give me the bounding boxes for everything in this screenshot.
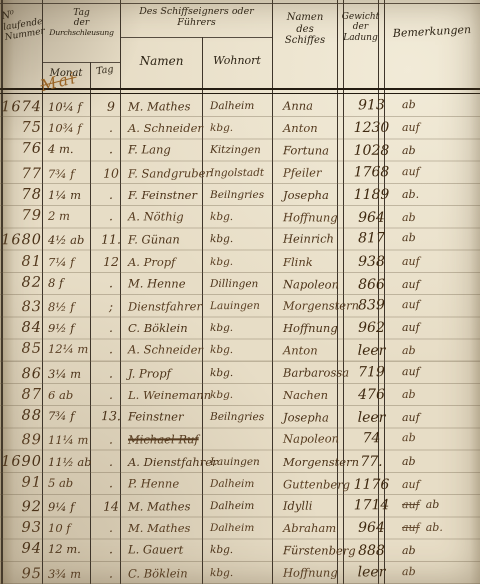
ledger-row: 85 12¼ m . A. Schneider kbg. Anton leer …: [0, 338, 480, 363]
ledger-row: 1680 4½ ab 11. F. Günan kbg. Heinrich 81…: [0, 227, 480, 252]
ship-name: Josepha: [280, 406, 348, 429]
cargo-weight: 1230: [348, 117, 395, 139]
owner-residence: kbg.: [210, 317, 280, 339]
running-number: 83: [0, 296, 44, 318]
remark-cell: auf: [395, 360, 480, 383]
header-day-column: Tag der Durchschleusung: [42, 8, 121, 38]
running-number: 89: [0, 429, 44, 451]
cargo-weight: 913: [348, 95, 395, 117]
cargo-weight: 1714: [348, 494, 395, 516]
ledger-row: 79 2 m . A. Nöthig kbg. Hoffnung 964 ab: [0, 205, 480, 230]
lock-day: .: [96, 538, 126, 560]
ledger-row: 89 11¼ m . Michael Ruf Napoleon 74 ab: [0, 427, 480, 452]
lock-time: 2 m: [44, 205, 96, 228]
running-number: 91: [0, 471, 44, 493]
remark-cell: auf: [395, 251, 480, 273]
ledger-row: 82 8 f . M. Henne Dillingen Napoleon 866…: [0, 271, 480, 296]
header-owner-residence-label: Wohnort: [202, 55, 272, 68]
header-owner-residence-sub: Wohnort: [202, 55, 272, 68]
ship-name: Flink: [280, 251, 348, 273]
owner-name: A. Schneider: [126, 339, 210, 362]
lock-day: .: [96, 339, 126, 361]
remark-direction: ab: [402, 431, 416, 444]
cargo-weight: leer: [348, 407, 395, 430]
owner-residence: Kitzingen: [210, 139, 280, 162]
grid-hline-top: [0, 3, 480, 4]
month-annotation: Mai: [38, 68, 79, 95]
owner-name: M. Henne: [126, 272, 210, 295]
ship-name: Josepha: [280, 184, 348, 206]
lock-day: .: [96, 472, 126, 494]
remark-direction: ab: [402, 388, 416, 401]
header-remarks-column: Bemerkungen: [386, 24, 479, 41]
owner-name: L. Gauert: [126, 539, 210, 562]
grid-hline-monthday-top: [42, 62, 121, 63]
owner-name: F. Günan: [126, 228, 210, 251]
header-ship-line2: des: [273, 24, 337, 36]
header-cargo-column: Gewicht der Ladung: [337, 12, 384, 43]
lock-day: .: [96, 139, 126, 161]
lock-time: 9¼ f: [44, 496, 96, 518]
header-cargo-line3: Ladung: [337, 33, 384, 43]
remark-direction: ab: [402, 565, 416, 578]
lock-day: 9: [96, 96, 126, 118]
running-number: 1674: [0, 96, 44, 118]
ledger-row: 95 3¾ m . C. Böklein kbg. Hoffnung leer …: [0, 560, 480, 584]
owner-name: F. Feinstner: [126, 184, 210, 206]
ship-name: Hoffnung: [280, 206, 348, 229]
ship-name: Morgenstern: [280, 451, 348, 473]
owner-name: J. Propf: [126, 362, 210, 385]
owner-residence: Beilngries: [210, 406, 280, 429]
remark-cell: ab: [395, 427, 480, 450]
lock-day: ;: [96, 296, 126, 318]
owner-name: Feinstner: [126, 405, 210, 428]
header-cargo-line2: der: [337, 22, 384, 32]
header-owner-column: Des Schiffseigners oder Führers: [121, 7, 272, 29]
lock-day: .: [96, 562, 126, 584]
ledger-row: 94 12 m. . L. Gauert kbg. Fürstenberg 88…: [0, 538, 480, 563]
lock-day: .: [96, 272, 126, 294]
cargo-weight: 888: [348, 540, 395, 563]
remark-direction: ab: [402, 344, 416, 357]
remark-direction: auf: [402, 121, 420, 134]
running-number: 87: [0, 384, 44, 406]
lock-day: 13.: [96, 405, 126, 427]
cargo-weight: 962: [348, 317, 395, 339]
ship-name: Anton: [280, 340, 348, 363]
owner-residence: kbg.: [210, 561, 280, 584]
header-day-line1: Tag: [42, 8, 121, 18]
lock-time: 7¾ f: [44, 162, 96, 184]
ledger-row: 84 9½ f . C. Böklein kbg. Hoffnung 962 a…: [0, 317, 480, 339]
grid-hline-owner-sub: [120, 37, 273, 38]
cargo-weight: 1768: [348, 161, 395, 183]
owner-name: L. Weinemann: [126, 384, 210, 406]
remark-cell: ab.: [395, 184, 480, 206]
ship-name: Fürstenberg: [280, 540, 348, 563]
header-number-column: N⁰ laufende Nummer: [1, 5, 44, 43]
header-number-line3: Nummer: [4, 27, 43, 43]
lock-time: 1¼ m: [44, 184, 96, 206]
running-number: 1690: [0, 451, 44, 473]
ledger-page: N⁰ laufende Nummer Tag der Durchschleusu…: [0, 0, 480, 584]
header-number-line1: N⁰: [1, 5, 40, 22]
ledger-row: 93 10 f . M. Mathes Dalheim Abraham 964 …: [0, 517, 480, 539]
owner-name: Michael Ruf: [126, 428, 210, 451]
lock-time: 4 m.: [44, 138, 96, 161]
header-remarks-label: Bemerkungen: [386, 24, 479, 41]
cargo-weight: 74: [348, 427, 395, 449]
owner-residence: kbg.: [210, 361, 280, 384]
running-number: 77: [0, 163, 44, 185]
cargo-weight: 719: [348, 361, 395, 383]
owner-residence: Dalheim: [210, 95, 280, 117]
cargo-weight: 1028: [348, 140, 395, 163]
ledger-row: 92 9¼ f 14 M. Mathes Dalheim Idylli 1714…: [0, 494, 480, 519]
owner-name: Dienstfahrer: [126, 295, 210, 318]
owner-residence: kbg.: [210, 206, 280, 229]
ship-name: Heinrich: [280, 228, 348, 251]
lock-day: .: [96, 317, 126, 339]
remark-direction: auf: [402, 278, 420, 291]
ledger-row: 75 10¾ f . A. Schneider kbg. Anton 1230 …: [0, 117, 480, 139]
owner-residence: kbg.: [210, 117, 280, 139]
remark-direction: auf: [402, 321, 420, 334]
remark-cell: aufab: [395, 494, 480, 517]
remark-cell: ab: [395, 451, 480, 473]
remark-direction: auf: [402, 298, 420, 311]
owner-name: A. Propf: [126, 251, 210, 273]
running-number: 1680: [0, 229, 44, 251]
cargo-weight: 77.: [348, 451, 395, 473]
grid-hline-header-heavy: [0, 88, 480, 90]
remark-cell: ab: [395, 340, 480, 363]
running-number: 79: [0, 205, 44, 227]
running-number: 88: [0, 405, 44, 427]
cargo-weight: 476: [348, 384, 395, 406]
remark-cell: auf: [395, 117, 480, 139]
lock-time: 9½ f: [44, 317, 96, 339]
owner-residence: Dalheim: [210, 495, 280, 518]
remark-cell: ab: [395, 95, 480, 116]
remark-cell: ab: [395, 227, 480, 250]
ledger-row: 86 3¼ m . J. Propf kbg. Barbarossa 719 a…: [0, 360, 480, 385]
ledger-row: 1690 11½ ab . A. Dienstfahrer Lauingen M…: [0, 451, 480, 473]
running-number: 82: [0, 271, 44, 293]
header-daysub-label: Tag: [89, 64, 120, 79]
ship-name: Napoleon: [280, 428, 348, 451]
owner-name: M. Mathes: [126, 517, 210, 539]
header-cargo-line1: Gewicht: [337, 12, 384, 22]
lock-day: 14: [96, 496, 126, 518]
owner-name: M. Mathes: [126, 495, 210, 518]
owner-residence: Dalheim: [210, 473, 280, 496]
ledger-row: 1674 10¼ f 9 M. Mathes Dalheim Anna 913 …: [0, 95, 480, 118]
header-month-label: Monat: [42, 68, 90, 80]
ledger-row: 76 4 m. . F. Lang Kitzingen Fortuna 1028…: [0, 138, 480, 163]
lock-day: .: [96, 429, 126, 451]
owner-residence: kbg.: [210, 339, 280, 362]
running-number: 94: [0, 538, 44, 560]
remark-direction: ab: [402, 231, 416, 244]
owner-name: A. Dienstfahrer: [126, 451, 210, 473]
ledger-row: 87 6 ab . L. Weinemann kbg. Nachen 476 a…: [0, 384, 480, 406]
owner-residence: Dalheim: [210, 517, 280, 539]
cargo-weight: 866: [348, 273, 395, 296]
ship-name: Fortuna: [280, 140, 348, 163]
header-day-line3: Durchschleusung: [42, 29, 121, 38]
owner-residence: kbg.: [210, 384, 280, 406]
lock-day: .: [96, 517, 126, 539]
cargo-weight: 964: [348, 207, 395, 230]
owner-name: M. Mathes: [126, 95, 210, 118]
owner-residence: kbg.: [210, 539, 280, 562]
remark-direction: auf: [402, 165, 420, 178]
ship-name: Idylli: [280, 494, 348, 517]
remark-direction: ab: [402, 455, 416, 468]
cargo-weight: 1189: [348, 184, 395, 206]
lock-time: 12 m.: [44, 538, 96, 561]
lock-day: .: [96, 451, 126, 473]
lock-day: 12: [96, 251, 126, 273]
owner-residence: [210, 428, 280, 451]
header-owner-name-label: Namen: [121, 55, 202, 69]
running-number: 95: [0, 563, 44, 584]
remark-direction: ab: [402, 544, 416, 557]
ship-name: Hoffnung: [280, 561, 348, 584]
remark-direction: ab.: [402, 188, 419, 201]
remark-direction: auf: [402, 478, 420, 491]
lock-time: 6 ab: [44, 384, 96, 406]
header-daysub: Tag: [89, 64, 120, 79]
owner-residence: Dillingen: [210, 273, 280, 296]
ship-name: Anton: [280, 117, 348, 139]
ship-name: Anna: [280, 95, 348, 117]
owner-residence: Lauingen: [210, 295, 280, 318]
running-number: 85: [0, 338, 44, 360]
running-number: 81: [0, 251, 44, 273]
header-owner-line1: Des Schiffseigners oder: [121, 7, 272, 18]
header-day-line2: der: [42, 18, 121, 28]
lock-time: 5 ab: [44, 472, 96, 495]
ship-name: Nachen: [280, 384, 348, 406]
lock-time: 8½ f: [44, 296, 96, 318]
lock-time: 10 f: [44, 517, 96, 539]
remark-direction: auf: [402, 255, 420, 268]
remark-direction: ab: [402, 98, 416, 111]
remark-direction: ab: [402, 211, 416, 224]
lock-time: 8 f: [44, 272, 96, 295]
ledger-row: 81 7¼ f 12 A. Propf kbg. Flink 938 auf: [0, 251, 480, 273]
owner-residence: kbg.: [210, 251, 280, 273]
lock-time: 3¾ m: [44, 562, 96, 584]
lock-time: 7¼ f: [44, 251, 96, 273]
header-ship-column: Namen des Schiffes: [273, 12, 337, 47]
ledger-rows: 1674 10¼ f 9 M. Mathes Dalheim Anna 913 …: [0, 95, 480, 584]
header-owner-line2: Führers: [121, 18, 272, 29]
cargo-weight: 964: [348, 517, 395, 539]
running-number: 86: [0, 363, 44, 385]
lock-time: 4½ ab: [44, 229, 96, 251]
ship-name: Guttenberg: [280, 473, 348, 496]
lock-time: 3¼ m: [44, 362, 96, 384]
remark-cell: ab: [395, 140, 480, 163]
header-ship-line3: Schiffes: [273, 35, 337, 47]
header-owner-name-sub: Namen: [121, 55, 202, 69]
remark-cell: auf: [395, 317, 480, 339]
ledger-row: 78 1¼ m . F. Feinstner Beilngries Joseph…: [0, 184, 480, 206]
lock-time: 11¼ m: [44, 429, 96, 451]
lock-day: .: [96, 362, 126, 384]
remark-cell: aufab.: [395, 517, 480, 539]
owner-name: C. Böklein: [126, 562, 210, 584]
remark-direction: auf: [402, 411, 420, 424]
ledger-row: 83 8½ f ; Dienstfahrer Lauingen Morgenst…: [0, 294, 480, 319]
running-number: 78: [0, 184, 44, 206]
ship-name: Hoffnung: [280, 317, 348, 339]
lock-time: 10¾ f: [44, 117, 96, 139]
cargo-weight: leer: [348, 561, 395, 583]
ship-name: Napoleon: [280, 273, 348, 296]
lock-day: .: [96, 384, 126, 406]
lock-time: 7¾ f: [44, 405, 96, 428]
owner-name: F. Lang: [126, 139, 210, 162]
ledger-row: 91 5 ab . P. Henne Dalheim Guttenberg 11…: [0, 471, 480, 496]
remark-cell: ab: [395, 540, 480, 563]
remark-cell: auf: [395, 294, 480, 317]
cargo-weight: 839: [348, 294, 395, 316]
running-number: 84: [0, 317, 44, 339]
remark-direction: ab: [426, 498, 440, 511]
remark-direction: ab.: [426, 521, 443, 534]
owner-residence: kbg.: [210, 228, 280, 251]
lock-time: 12¼ m: [44, 338, 96, 361]
owner-residence: Ingolstadt: [210, 161, 280, 184]
lock-day: 11.: [96, 229, 126, 251]
running-number: 93: [0, 517, 44, 539]
remark-cell: ab: [395, 560, 480, 583]
header-ship-line1: Namen: [273, 12, 337, 24]
cargo-weight: 817: [348, 228, 395, 250]
ledger-row: 77 7¾ f 10 F. Sandgruber Ingolstadt Pfei…: [0, 160, 480, 185]
lock-day: 10: [96, 162, 126, 184]
owner-name: P. Henne: [126, 472, 210, 495]
owner-residence: Beilngries: [210, 184, 280, 206]
cargo-weight: 1176: [348, 473, 395, 496]
header-number-line2: laufende: [3, 17, 42, 33]
ship-name: Abraham: [280, 517, 348, 539]
lock-day: .: [96, 184, 126, 206]
lock-time: 11½ ab: [44, 451, 96, 473]
owner-name: A. Schneider: [126, 117, 210, 139]
lock-day: .: [96, 205, 126, 227]
cargo-weight: 938: [348, 251, 395, 273]
lock-day: .: [96, 117, 126, 139]
header-month-sub: Monat: [42, 68, 90, 80]
remark-struck: auf: [402, 498, 420, 511]
ship-name: Morgenstern: [280, 294, 348, 317]
running-number: 75: [0, 117, 44, 139]
owner-residence: Lauingen: [210, 451, 280, 473]
remark-direction: auf: [402, 365, 420, 378]
remark-direction: ab: [402, 144, 416, 157]
running-number: 76: [0, 138, 44, 160]
lock-time: 10¼ f: [44, 96, 96, 118]
running-number: 92: [0, 496, 44, 518]
remark-cell: auf: [395, 160, 480, 183]
owner-name: A. Nöthig: [126, 205, 210, 228]
owner-name: C. Böklein: [126, 317, 210, 339]
ship-name: Barbarossa: [280, 361, 348, 384]
ledger-row: 88 7¾ f 13. Feinstner Beilngries Josepha…: [0, 405, 480, 430]
owner-name: F. Sandgruber: [126, 162, 210, 185]
ship-name: Pfeiler: [280, 161, 348, 184]
remark-cell: ab: [395, 384, 480, 406]
cargo-weight: leer: [348, 340, 395, 363]
remark-struck: auf: [402, 521, 420, 534]
